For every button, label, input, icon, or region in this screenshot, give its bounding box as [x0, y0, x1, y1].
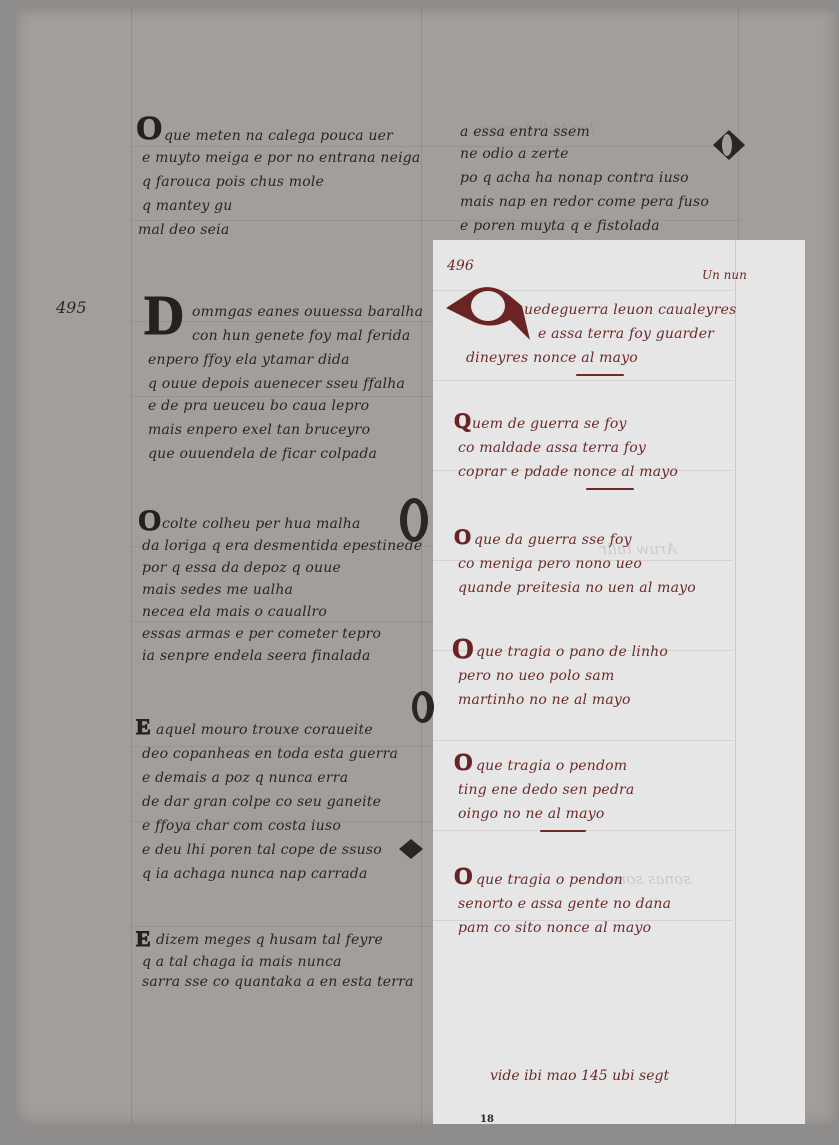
verse-line: ne odio a zerte — [460, 146, 569, 162]
verse-line: e demais a poz q nunca erra — [142, 770, 348, 786]
ruling-line — [131, 146, 741, 147]
verse-line: e muyto meiga e por no entrana neiga — [142, 150, 420, 166]
verse-line: aquel mouro trouxe coraueite — [156, 722, 373, 738]
flourish — [540, 830, 586, 832]
decorated-initial-icon — [410, 690, 436, 724]
flourish — [586, 488, 634, 490]
initial-letter: O — [138, 504, 161, 538]
verse-line: q farouca pois chus mole — [142, 174, 324, 190]
verse-line: uem de guerra se foy — [472, 416, 627, 432]
verse-line: por q essa da depoz q ouue — [142, 560, 341, 576]
footer-mark: 18 — [480, 1114, 494, 1125]
verse-line: q ia achaga nunca nap carrada — [142, 866, 368, 882]
verse-line: oingo no ne al mayo — [458, 806, 604, 822]
verse-line: q ouue depois auenecer sseu ffalha — [148, 376, 405, 392]
verse-line: co maldade assa terra foy — [458, 440, 646, 456]
verse-line: co meniga pero nono ueo — [458, 556, 642, 572]
verse-line: da loriga q era desmentida epestinede — [142, 538, 422, 554]
verse-line: martinho no ne al mayo — [458, 692, 631, 708]
decorated-initial-q-icon — [444, 282, 534, 342]
verse-line: colte colheu per hua malha — [162, 516, 361, 532]
initial-letter: E — [136, 714, 151, 740]
verse-line: dizem meges q husam tal feyre — [156, 932, 383, 948]
verse-line: que ouuendela de ficar colpada — [148, 446, 377, 462]
initial-letter: O — [136, 110, 162, 148]
initial-letter: O — [454, 750, 473, 777]
verse-line: e poren muyta q e fistolada — [460, 218, 660, 234]
ruling-line — [131, 6, 132, 1124]
folio-number-right: 496 — [447, 258, 474, 274]
catchword-note: vide ibi mao 145 ubi segt — [490, 1068, 669, 1084]
verse-line: que tragia o pano de linho — [476, 644, 668, 660]
verse-line: ting ene dedo sen pedra — [458, 782, 634, 798]
initial-letter: O — [452, 634, 474, 666]
verse-line: enpero ffoy ela ytamar dida — [148, 352, 350, 368]
verse-line: que tragia o pendon — [476, 872, 623, 888]
verse-line: quande preitesia no uen al mayo — [458, 580, 696, 596]
verse-line: senorto e assa gente no dana — [458, 896, 671, 912]
verse-line: pero no ueo polo sam — [458, 668, 614, 684]
verse-line: q a tal chaga ia mais nunca — [142, 954, 342, 970]
initial-letter: Q — [454, 408, 471, 434]
decorated-initial-icon — [712, 128, 746, 162]
verse-line: e assa terra foy guarder — [538, 326, 714, 342]
folio-number-left: 495 — [56, 298, 87, 317]
verse-line: a essa entra ssem — [460, 124, 590, 140]
verse-line: uedeguerra leuon caualeyres — [524, 302, 736, 318]
verse-line: mais enpero exel tan bruceyro — [148, 422, 370, 438]
verse-line: pam co sito nonce al mayo — [458, 920, 651, 936]
verse-line: essas armas e per cometer tepro — [142, 626, 381, 642]
verse-line: mais sedes me ualha — [142, 582, 293, 598]
ruling-line — [735, 240, 736, 1124]
verse-line: po q acha ha nonap contra iuso — [460, 170, 689, 186]
verse-line: e deu lhi poren tal cope de ssuso — [142, 842, 382, 858]
initial-letter: D — [144, 284, 184, 348]
verse-line: sarra sse co quantaka a en esta terra — [142, 974, 414, 990]
verse-line: que tragia o pendom — [476, 758, 627, 774]
margin-annotation: Un nun — [702, 268, 747, 282]
ruling-line — [433, 740, 733, 741]
verse-line: e ffoya char com costa iuso — [142, 818, 341, 834]
decorated-initial-icon — [398, 838, 424, 860]
verse-line: ommgas eanes ouuessa baralha — [192, 304, 423, 320]
verse-line: que da guerra sse foy — [474, 532, 632, 548]
verse-line: e de pra ueuceu bo caua lepro — [148, 398, 369, 414]
verse-line: mal deo seia — [138, 222, 229, 238]
verse-line: con hun genete foy mal ferida — [192, 328, 410, 344]
flourish — [576, 374, 624, 376]
initial-letter: O — [454, 864, 473, 891]
ruling-line — [433, 380, 733, 381]
decorated-initial-icon — [396, 496, 432, 544]
verse-line: dineyres nonce al mayo — [466, 350, 638, 366]
verse-line: que meten na calega pouca uer — [164, 128, 393, 144]
initial-letter: E — [136, 926, 151, 952]
verse-line: q mantey gu — [142, 198, 233, 214]
verse-line: coprar e pdade nonce al mayo — [458, 464, 678, 480]
verse-line: de dar gran colpe co seu ganeite — [142, 794, 381, 810]
verse-line: deo copanheas en toda esta guerra — [142, 746, 398, 762]
initial-letter: O — [454, 524, 471, 550]
verse-line: necea ela mais o cauallro — [142, 604, 327, 620]
ruling-line — [421, 6, 422, 1124]
verse-line: ia senpre endela seera finalada — [142, 648, 371, 664]
verse-line: mais nap en redor come pera fuso — [460, 194, 709, 210]
